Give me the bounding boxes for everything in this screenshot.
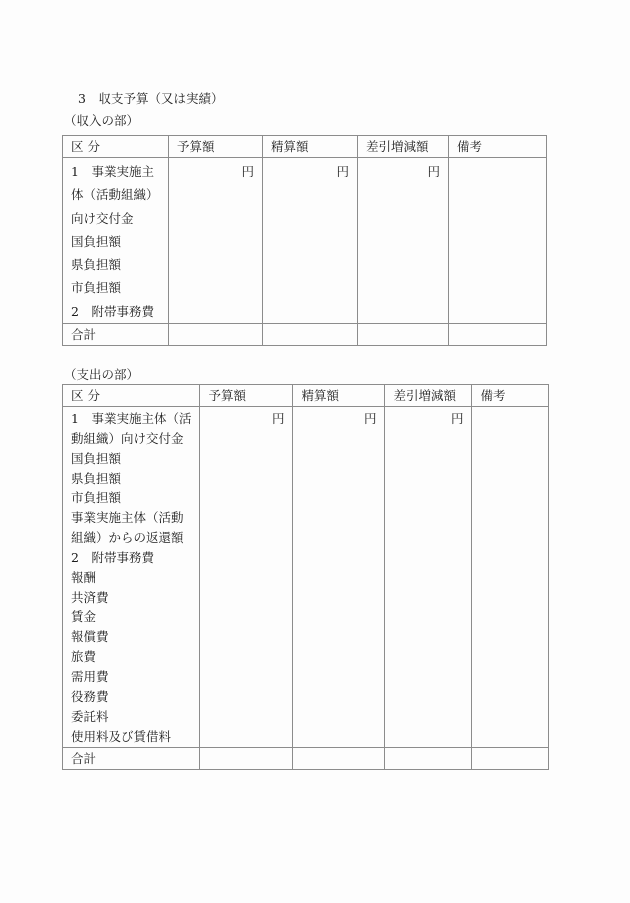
expense-category-cell: 1 事業実施主体（活動組織）向け交付金国負担額県負担額市負担額事業実施主体（活動… bbox=[63, 407, 200, 748]
category-line: 使用料及び賃借料 bbox=[71, 727, 191, 747]
expense-body-row: 1 事業実施主体（活動組織）向け交付金国負担額県負担額市負担額事業実施主体（活動… bbox=[63, 407, 549, 748]
category-line: 報償費 bbox=[71, 627, 191, 647]
category-line: 1 事業実施主体（活 bbox=[71, 409, 191, 429]
yen-unit-label: 円 bbox=[272, 411, 285, 426]
income-section-label: （収入の部） bbox=[64, 113, 139, 129]
expense-total-settlement-cell bbox=[293, 748, 385, 770]
category-line: 国負担額 bbox=[71, 449, 191, 469]
income-total-settlement-cell bbox=[263, 324, 358, 346]
expense-total-difference-cell bbox=[385, 748, 472, 770]
income-table: 区 分 予算額 精算額 差引増減額 備考 1 事業実施主体（活動組織）向け交付金… bbox=[62, 135, 547, 346]
category-line: 賃金 bbox=[71, 607, 191, 627]
income-total-label-cell: 合計 bbox=[63, 324, 169, 346]
income-total-row: 合計 bbox=[63, 324, 547, 346]
expense-total-remarks-cell bbox=[472, 748, 549, 770]
category-line: 委託料 bbox=[71, 707, 191, 727]
category-line: 需用費 bbox=[71, 667, 191, 687]
expense-col-header-budget: 予算額 bbox=[200, 385, 293, 407]
category-line: 報酬 bbox=[71, 568, 191, 588]
category-line: 共済費 bbox=[71, 588, 191, 608]
category-line: 2 附帯事務費 bbox=[71, 548, 191, 568]
yen-unit-label: 円 bbox=[241, 164, 254, 179]
expense-col-header-category: 区 分 bbox=[63, 385, 200, 407]
category-line: 事業実施主体（活動 bbox=[71, 508, 191, 528]
income-col-header-settlement: 精算額 bbox=[263, 136, 358, 158]
category-line: 2 附帯事務費 bbox=[71, 300, 160, 323]
category-line: 県負担額 bbox=[71, 469, 191, 489]
expense-total-budget-cell bbox=[200, 748, 293, 770]
category-line: 体（活動組織） bbox=[71, 183, 160, 206]
category-line: 国負担額 bbox=[71, 230, 160, 253]
income-total-remarks-cell bbox=[449, 324, 547, 346]
income-settlement-cell: 円 bbox=[263, 158, 358, 324]
expense-total-label-cell: 合計 bbox=[63, 748, 200, 770]
income-difference-cell: 円 bbox=[358, 158, 449, 324]
expense-col-header-remarks: 備考 bbox=[472, 385, 549, 407]
income-body-row: 1 事業実施主体（活動組織）向け交付金国負担額県負担額市負担額2 附帯事務費 円… bbox=[63, 158, 547, 324]
expense-col-header-settlement: 精算額 bbox=[293, 385, 385, 407]
expense-table: 区 分 予算額 精算額 差引増減額 備考 1 事業実施主体（活動組織）向け交付金… bbox=[62, 384, 549, 770]
category-line: 市負担額 bbox=[71, 276, 160, 299]
category-line: 向け交付金 bbox=[71, 207, 160, 230]
expense-difference-cell: 円 bbox=[385, 407, 472, 748]
income-col-header-budget: 予算額 bbox=[169, 136, 263, 158]
expense-budget-cell: 円 bbox=[200, 407, 293, 748]
income-header-row: 区 分 予算額 精算額 差引増減額 備考 bbox=[63, 136, 547, 158]
category-line: 組織）からの返還額 bbox=[71, 528, 191, 548]
category-line: 旅費 bbox=[71, 647, 191, 667]
income-col-header-remarks: 備考 bbox=[449, 136, 547, 158]
category-line: 動組織）向け交付金 bbox=[71, 429, 191, 449]
income-col-header-difference: 差引増減額 bbox=[358, 136, 449, 158]
category-line: 県負担額 bbox=[71, 253, 160, 276]
expense-section-label: （支出の部） bbox=[64, 367, 139, 383]
income-total-difference-cell bbox=[358, 324, 449, 346]
income-col-header-category: 区 分 bbox=[63, 136, 169, 158]
expense-remarks-cell bbox=[472, 407, 549, 748]
income-remarks-cell bbox=[449, 158, 547, 324]
expense-header-row: 区 分 予算額 精算額 差引増減額 備考 bbox=[63, 385, 549, 407]
expense-category-lines: 1 事業実施主体（活動組織）向け交付金国負担額県負担額市負担額事業実施主体（活動… bbox=[71, 407, 191, 746]
doc-title: 3 収支予算（又は実績） bbox=[78, 91, 223, 107]
income-budget-cell: 円 bbox=[169, 158, 263, 324]
income-category-lines: 1 事業実施主体（活動組織）向け交付金国負担額県負担額市負担額2 附帯事務費 bbox=[71, 158, 160, 323]
category-line: 市負担額 bbox=[71, 488, 191, 508]
yen-unit-label: 円 bbox=[364, 411, 377, 426]
expense-settlement-cell: 円 bbox=[293, 407, 385, 748]
yen-unit-label: 円 bbox=[451, 411, 464, 426]
document-page: 3 収支予算（又は実績） （収入の部） 区 分 予算額 精算額 差引増減額 備考… bbox=[0, 0, 630, 903]
yen-unit-label: 円 bbox=[427, 164, 440, 179]
expense-total-row: 合計 bbox=[63, 748, 549, 770]
expense-col-header-difference: 差引増減額 bbox=[385, 385, 472, 407]
category-line: 1 事業実施主 bbox=[71, 160, 160, 183]
income-total-budget-cell bbox=[169, 324, 263, 346]
yen-unit-label: 円 bbox=[336, 164, 349, 179]
income-category-cell: 1 事業実施主体（活動組織）向け交付金国負担額県負担額市負担額2 附帯事務費 bbox=[63, 158, 169, 324]
category-line: 役務費 bbox=[71, 687, 191, 707]
